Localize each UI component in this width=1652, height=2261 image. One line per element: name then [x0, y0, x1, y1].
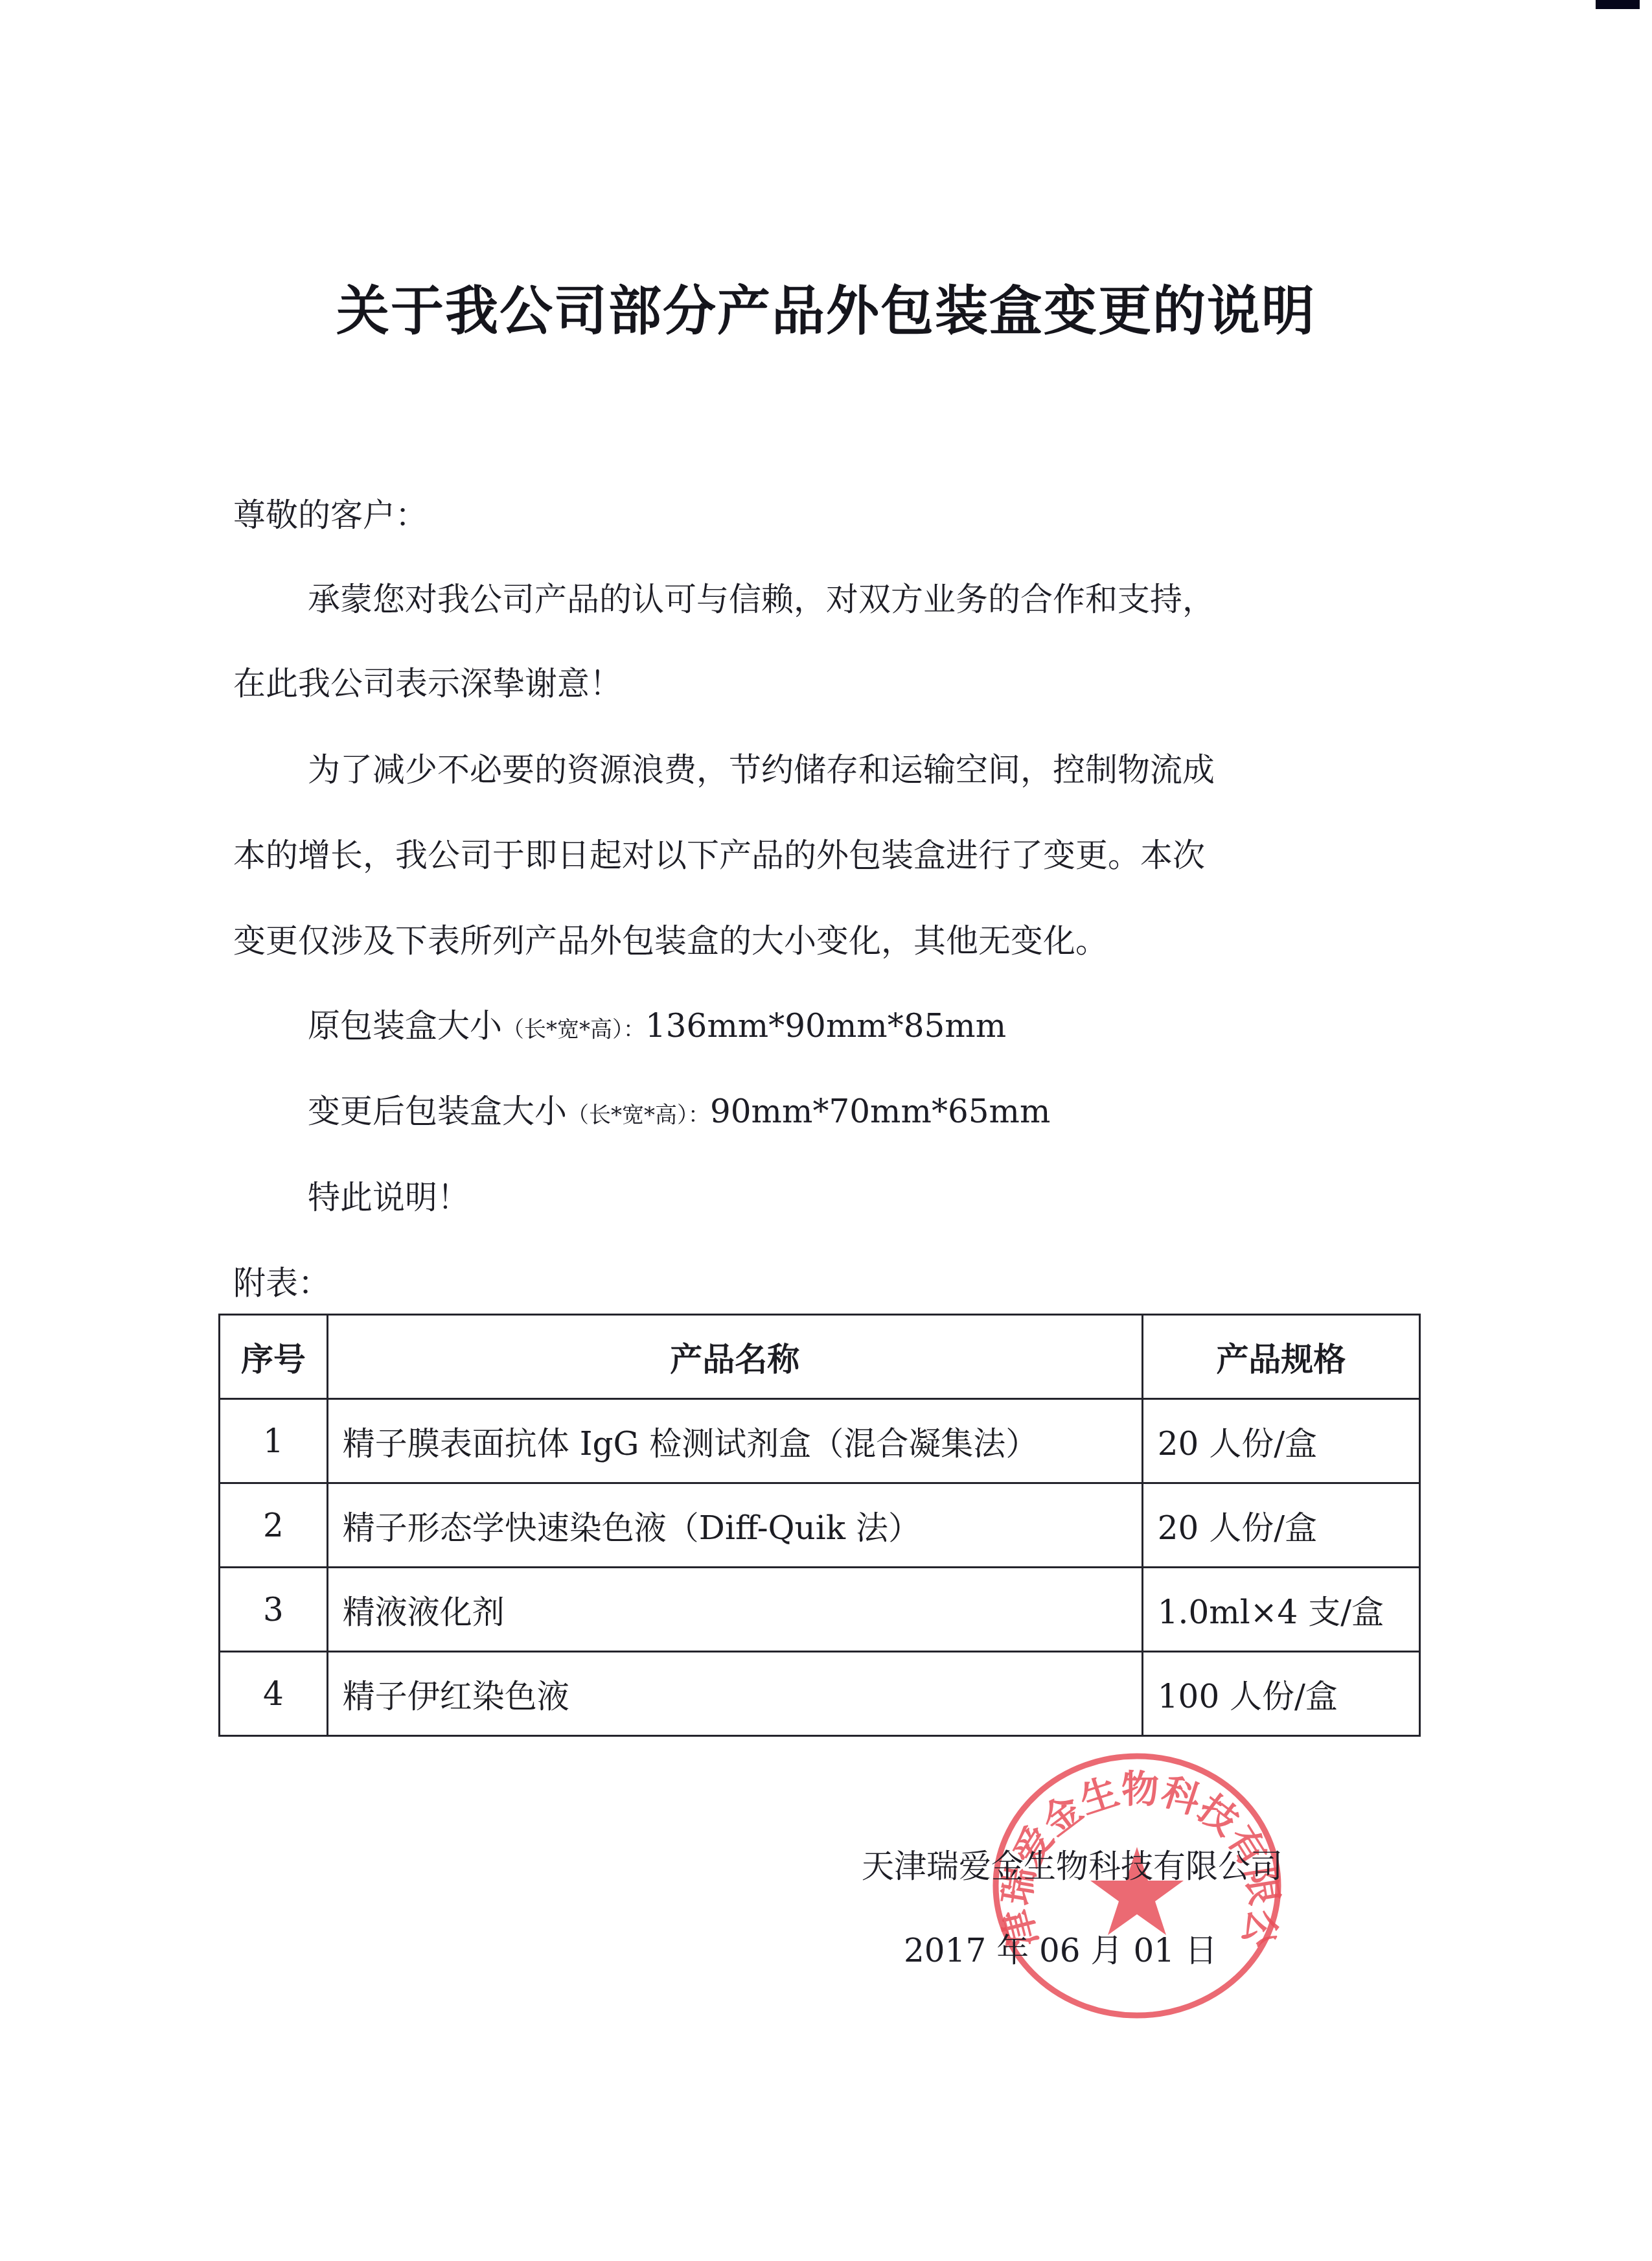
scan-edge-mark	[1596, 0, 1640, 9]
paragraph-2-line-3: 变更仅涉及下表所列产品外包装盒的大小变化，其他无变化。	[233, 922, 1108, 960]
paragraph-1-line-2: 在此我公司表示深挚谢意！	[233, 664, 622, 703]
paragraph-2-line-2: 本的增长，我公司于即日起对以下产品的外包装盒进行了变更。本次	[233, 836, 1205, 875]
cell-product-name: 精子膜表面抗体 IgG 检测试剂盒（混合凝集法）	[327, 1399, 1142, 1483]
cell-serial: 4	[220, 1652, 328, 1736]
new-size-label: 变更后包装盒大小	[308, 1093, 567, 1130]
table-row: 1 精子膜表面抗体 IgG 检测试剂盒（混合凝集法） 20 人份/盒	[220, 1399, 1420, 1483]
cell-product-name: 精子形态学快速染色液（Diff-Quik 法）	[327, 1483, 1142, 1568]
new-size-line: 变更后包装盒大小（长*宽*高）：90mm*70mm*65mm	[308, 1092, 1050, 1135]
cell-product-name: 精液液化剂	[327, 1568, 1142, 1652]
table-header-row: 序号 产品名称 产品规格	[220, 1315, 1420, 1399]
table-row: 2 精子形态学快速染色液（Diff-Quik 法） 20 人份/盒	[220, 1483, 1420, 1568]
table-row: 4 精子伊红染色液 100 人份/盒	[220, 1652, 1420, 1736]
new-size-dims-note: （长*宽*高）：	[567, 1102, 710, 1128]
header-serial: 序号	[220, 1315, 328, 1399]
cell-product-spec: 20 人份/盒	[1142, 1483, 1419, 1568]
document-title: 关于我公司部分产品外包装盒变更的说明	[0, 269, 1652, 345]
appendix-label: 附表：	[233, 1264, 330, 1303]
cell-product-spec: 1.0ml×4 支/盒	[1142, 1568, 1419, 1652]
cell-serial: 2	[220, 1483, 328, 1568]
closing-statement: 特此说明！	[308, 1178, 470, 1217]
cell-product-spec: 100 人份/盒	[1142, 1652, 1419, 1736]
product-table: 序号 产品名称 产品规格 1 精子膜表面抗体 IgG 检测试剂盒（混合凝集法） …	[218, 1314, 1421, 1737]
header-product-spec: 产品规格	[1142, 1315, 1419, 1399]
new-size-value: 90mm*70mm*65mm	[710, 1093, 1050, 1130]
paragraph-2-line-1: 为了减少不必要的资源浪费，节约储存和运输空间，控制物流成	[308, 750, 1215, 789]
salutation: 尊敬的客户：	[233, 496, 428, 535]
signature-company: 天津瑞爱金生物科技有限公司	[862, 1840, 1283, 1887]
cell-product-spec: 20 人份/盒	[1142, 1399, 1419, 1483]
header-product-name: 产品名称	[327, 1315, 1142, 1399]
original-size-line: 原包装盒大小（长*宽*高）：136mm*90mm*85mm	[308, 1006, 1006, 1049]
table-row: 3 精液液化剂 1.0ml×4 支/盒	[220, 1568, 1420, 1652]
original-size-dims-note: （长*宽*高）：	[502, 1017, 645, 1043]
original-size-value: 136mm*90mm*85mm	[645, 1007, 1006, 1045]
cell-serial: 3	[220, 1568, 328, 1652]
cell-product-name: 精子伊红染色液	[327, 1652, 1142, 1736]
signature-date: 2017 年 06 月 01 日	[904, 1925, 1217, 1971]
original-size-label: 原包装盒大小	[308, 1007, 502, 1045]
paragraph-1-line-1: 承蒙您对我公司产品的认可与信赖，对双方业务的合作和支持，	[308, 580, 1215, 619]
cell-serial: 1	[220, 1399, 328, 1483]
